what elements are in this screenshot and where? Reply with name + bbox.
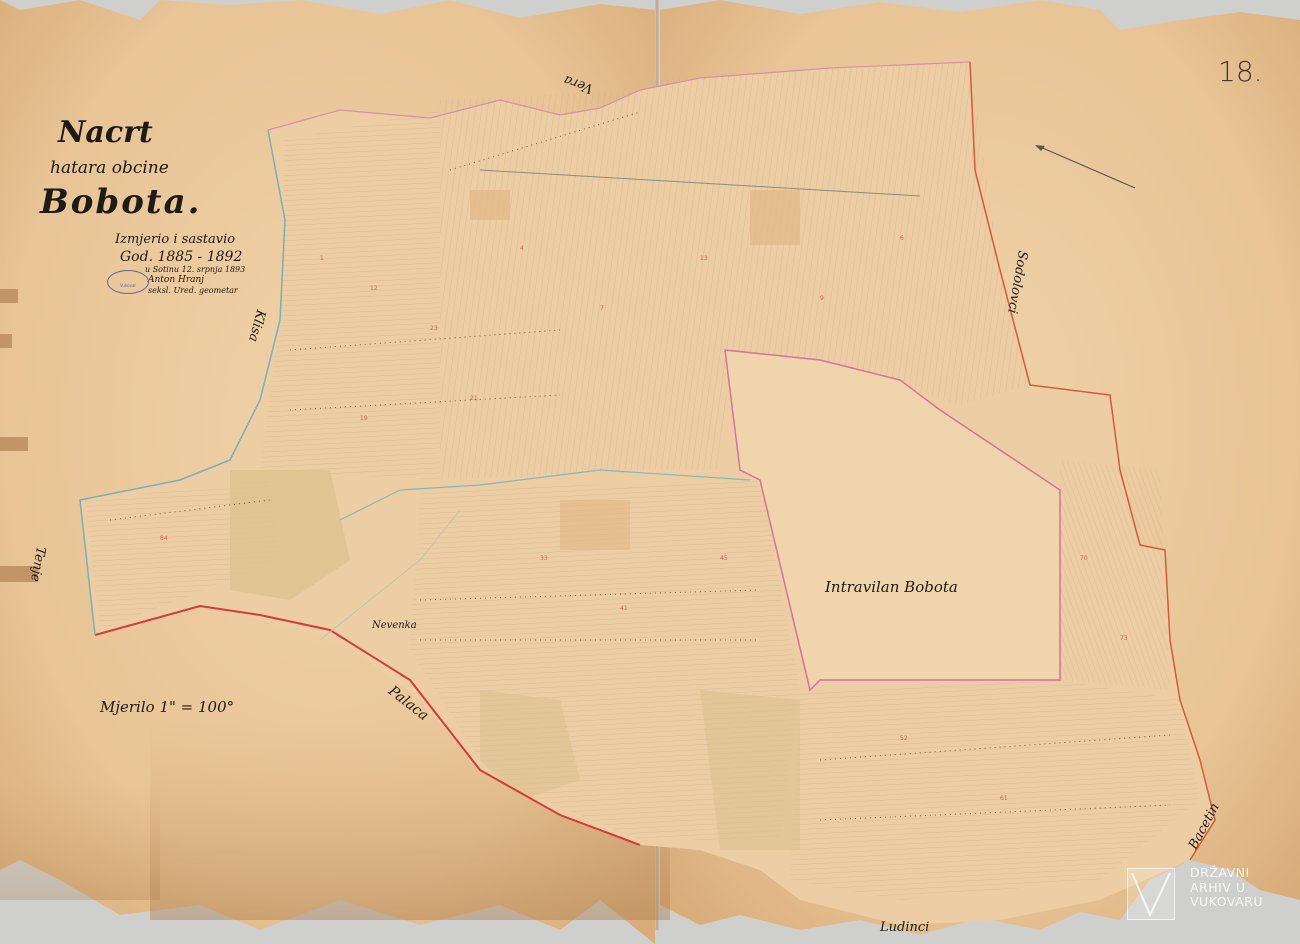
svg-text:9: 9 — [820, 295, 824, 302]
archive-stamp: Vukovar — [107, 270, 149, 294]
svg-text:19: 19 — [360, 415, 368, 422]
watermark-line1: DRŽAVNI — [1190, 866, 1263, 881]
svg-text:13: 13 — [700, 255, 708, 262]
svg-text:7: 7 — [600, 305, 604, 312]
watermark-line2: ARHIV U — [1190, 881, 1263, 896]
survey-note-signature: Anton Hranj — [148, 275, 204, 285]
svg-text:41: 41 — [620, 605, 628, 612]
settlement-label: Intravilan Bobota — [825, 578, 958, 596]
survey-note-line1: Izmjerio i sastavio — [115, 232, 235, 247]
archive-logo-icon — [1127, 868, 1175, 920]
label-ludinci: Ludinci — [880, 920, 929, 935]
svg-text:1: 1 — [320, 255, 324, 262]
svg-text:12: 12 — [370, 285, 378, 292]
svg-text:84: 84 — [160, 535, 168, 542]
map-scale: Mjerilo 1" = 100° — [100, 698, 234, 716]
svg-text:4: 4 — [520, 245, 524, 252]
survey-note-date: u Sotinu 12. srpnja 1893 — [145, 265, 245, 274]
map-title: Nacrt — [58, 115, 153, 150]
north-arrow-icon — [1035, 142, 1140, 192]
svg-text:23: 23 — [430, 325, 438, 332]
map-place-name: Bobota. — [40, 182, 201, 222]
svg-text:6: 6 — [900, 235, 904, 242]
map-subtitle: hatara obcine — [50, 158, 169, 178]
svg-text:70: 70 — [1080, 555, 1088, 562]
map-viewer: 11223 4719 213341 455261 707384 9613 Nac… — [0, 0, 1300, 944]
sheet-number: 18. — [1218, 55, 1263, 88]
svg-text:61: 61 — [1000, 795, 1008, 802]
svg-text:45: 45 — [720, 555, 728, 562]
svg-text:52: 52 — [900, 735, 908, 742]
archive-watermark: DRŽAVNI ARHIV U VUKOVARU — [1127, 866, 1297, 926]
survey-note-role: seksl. Ured. geometar — [148, 286, 238, 295]
survey-note-years: God. 1885 - 1892 — [120, 249, 242, 265]
svg-text:73: 73 — [1120, 635, 1128, 642]
label-nevenka: Nevenka — [372, 620, 417, 631]
svg-text:21: 21 — [470, 395, 478, 402]
svg-text:33: 33 — [540, 555, 548, 562]
watermark-line3: VUKOVARU — [1190, 895, 1263, 910]
